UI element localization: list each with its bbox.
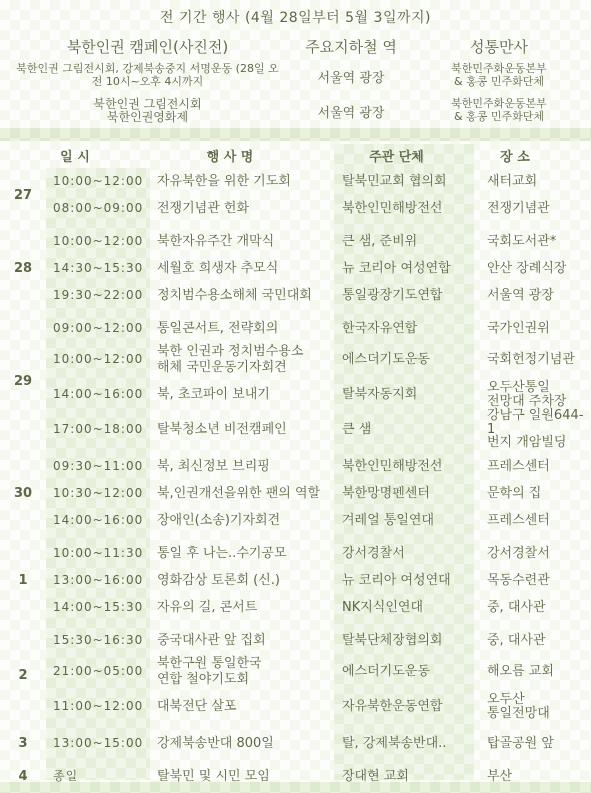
time-cell: 09:00~12:00 (46, 321, 150, 335)
event-name-cell: 북,인권개선을위한 팬의 역할 (150, 486, 334, 502)
event-table: 일 시 행 사 명 주관 단체 장 소 2710:00~12:00자유북한을 위… (0, 146, 591, 793)
location-cell: 서울역 광장 (474, 289, 591, 303)
organizer-cell: 큰 샘 (334, 422, 474, 438)
partner-org-cell: 북한민주화운동본부 & 홍콩 민주화단체 (407, 98, 591, 124)
location-cell: 새터교회 (474, 175, 591, 189)
location-cell: 오두산통일 전망대 주차장 (474, 381, 591, 408)
event-name-cell: 북한자유주간 개막식 (150, 234, 334, 250)
organizer-cell: 북한인민해방전선 (334, 459, 474, 475)
event-name-cell: 중국대사관 앞 집회 (150, 633, 334, 649)
time-cell: 11:00~12:00 (46, 699, 150, 713)
organizer-cell: 탈북자동지회 (334, 387, 474, 403)
table-row: 11:00~12:00대북전단 살포자유북한운동연합오두산 통일전망대 (46, 689, 591, 724)
seongtong-mansa-header: 성통만사 (407, 36, 591, 57)
date-label: 3 (0, 730, 46, 757)
event-name-cell: 대북전단 살포 (150, 699, 334, 715)
subway-station-header: 주요지하철 역 (295, 36, 407, 57)
organizer-cell: 북한망명펜센터 (334, 486, 474, 502)
time-cell: 14:30~15:30 (46, 261, 150, 275)
table-row: 10:30~12:00북,인권개선을위한 팬의 역할북한망명펜센터문학의 집 (46, 480, 591, 507)
campaign-event-cell: 북한인권 그림전시회 북한인권영화제 (0, 98, 295, 125)
table-row: 10:00~12:00자유북한을 위한 기도회탈북민교회 협의회새터교회 (46, 168, 591, 195)
divider-bar (0, 128, 591, 141)
time-cell: 17:00~18:00 (46, 422, 150, 436)
table-row: 10:00~12:00북한자유주간 개막식큰 샘, 준비위국회도서관* (46, 228, 591, 255)
date-group-rows: 10:00~12:00자유북한을 위한 기도회탈북민교회 협의회새터교회08:0… (46, 168, 591, 222)
organizer-cell: 탈북단체장협의회 (334, 633, 474, 649)
column-header-organizer: 주관 단체 (334, 146, 459, 165)
location-cell: 목동수련관 (474, 574, 591, 588)
event-name-cell: 강제북송반대 800일 (150, 736, 334, 752)
date-label: 28 (0, 228, 46, 309)
location-cell: 안산 장례식장 (474, 262, 591, 276)
location-cell: 중, 대사관 (474, 634, 591, 648)
event-name-cell: 통일콘서트, 전략회의 (150, 321, 334, 337)
time-cell: 14:00~16:00 (46, 513, 150, 527)
date-group-rows: 10:00~12:00북한자유주간 개막식큰 샘, 준비위국회도서관*14:30… (46, 228, 591, 309)
table-row: 14:00~15:30자유의 길, 콘서트NK지식인연대중, 대사관 (46, 594, 591, 621)
location-cell: 국회헌정기념관 (474, 353, 591, 367)
time-cell: 10:30~12:00 (46, 486, 150, 500)
table-row: 14:00~16:00장애인(소송)기자회견겨레얼 통일연대프레스센터 (46, 507, 591, 534)
organizer-cell: 뉴 코리아 여성연대 (334, 573, 474, 589)
time-cell: 10:00~12:00 (46, 234, 150, 248)
organizer-cell: 탈북민교회 협의회 (334, 174, 474, 190)
location-cell: 강남구 일원644-1 번지 개암빌딩 (474, 409, 591, 450)
event-name-cell: 영화감상 토론회 (신.) (150, 573, 334, 589)
location-cell: 탑골공원 앞 (474, 737, 591, 751)
table-row: 14:30~15:30세월호 희생자 추모식뉴 코리아 여성연합안산 장례식장 (46, 255, 591, 282)
location-cell: 프레스센터 (474, 460, 591, 474)
date-group-rows: 09:00~12:00통일콘서트, 전략회의한국자유연합국가인권위10:00~1… (46, 315, 591, 447)
top-table-row: 북한인권 그림전시회, 강제북송중지 서명운동 (28일 오 전 10시~오후 … (0, 58, 591, 94)
organizer-cell: 탈, 강제북송반대.. (334, 736, 474, 752)
organizer-cell: NK지식인연대 (334, 600, 474, 616)
event-name-cell: 북한구원 통일한국 연합 철야기도회 (150, 656, 334, 687)
time-cell: 10:00~12:00 (46, 352, 150, 366)
station-cell: 서울역 광장 (295, 102, 407, 121)
time-cell: 14:00~16:00 (46, 387, 150, 401)
organizer-cell: 강서경찰서 (334, 546, 474, 562)
column-header-datetime: 일 시 (40, 146, 110, 165)
table-row: 17:00~18:00탈북청소년 비전캠페인큰 샘강남구 일원644-1 번지 … (46, 412, 591, 447)
time-cell: 14:00~15:30 (46, 600, 150, 614)
column-header-location: 장 소 (460, 146, 570, 165)
campaign-event-cell: 북한인권 그림전시회, 강제북송중지 서명운동 (28일 오 전 10시~오후 … (0, 63, 295, 89)
location-cell: 오두산 통일전망대 (474, 693, 591, 720)
time-cell: 10:00~11:30 (46, 546, 150, 560)
location-cell: 해오름 교회 (474, 665, 591, 679)
campaign-header: 북한인권 캠페인(사진전) (0, 36, 295, 57)
time-cell: 09:30~11:00 (46, 459, 150, 473)
event-name-cell: 정치범수용소해체 국민대회 (150, 288, 334, 304)
date-group-rows: 09:30~11:00북, 최신정보 브리핑북한인민해방전선프레스센터10:30… (46, 453, 591, 534)
location-cell: 중, 대사관 (474, 601, 591, 615)
date-label: 27 (0, 168, 46, 222)
table-body: 2710:00~12:00자유북한을 위한 기도회탈북민교회 협의회새터교회08… (0, 168, 591, 790)
date-group: 2909:00~12:00통일콘서트, 전략회의한국자유연합국가인권위10:00… (0, 315, 591, 447)
date-group: 313:00~15:00강제북송반대 800일탈, 강제북송반대..탑골공원 앞 (0, 730, 591, 757)
time-cell: 15:30~16:30 (46, 633, 150, 647)
location-cell: 강서경찰서 (474, 547, 591, 561)
page: 전 기간 행사 (4월 28일부터 5월 3일까지) 북한인권 캠페인(사진전)… (0, 0, 591, 793)
event-name-cell: 장애인(소송)기자회견 (150, 513, 334, 529)
time-cell: 10:00~12:00 (46, 174, 150, 188)
date-group: 2810:00~12:00북한자유주간 개막식큰 샘, 준비위국회도서관*14:… (0, 228, 591, 309)
table-row: 08:00~09:00전쟁기념관 헌화북한인민해방전선전쟁기념관 (46, 195, 591, 222)
event-name-cell: 자유의 길, 콘서트 (150, 600, 334, 616)
table-row: 13:00~16:00영화감상 토론회 (신.)뉴 코리아 여성연대목동수련관 (46, 567, 591, 594)
time-cell: 19:30~22:00 (46, 288, 150, 302)
time-cell: 13:00~16:00 (46, 573, 150, 587)
date-group: 215:30~16:30중국대사관 앞 집회탈북단체장협의회중, 대사관21:0… (0, 627, 591, 724)
date-label: 2 (0, 627, 46, 724)
organizer-cell: 한국자유연합 (334, 321, 474, 337)
table-row: 13:00~15:00강제북송반대 800일탈, 강제북송반대..탑골공원 앞 (46, 730, 591, 757)
date-group: 3009:30~11:00북, 최신정보 브리핑북한인민해방전선프레스센터10:… (0, 453, 591, 534)
organizer-cell: 북한인민해방전선 (334, 201, 474, 217)
table-row: 15:30~16:30중국대사관 앞 집회탈북단체장협의회중, 대사관 (46, 627, 591, 654)
table-row: 09:00~12:00통일콘서트, 전략회의한국자유연합국가인권위 (46, 315, 591, 342)
organizer-cell: 에스더기도운동 (334, 352, 474, 368)
event-name-cell: 북, 초코파이 보내기 (150, 387, 334, 403)
table-row: 19:30~22:00정치범수용소해체 국민대회통일광장기도연합서울역 광장 (46, 282, 591, 309)
table-row: 14:00~16:00북, 초코파이 보내기탈북자동지회오두산통일 전망대 주차… (46, 377, 591, 412)
time-cell: 13:00~15:00 (46, 736, 150, 750)
time-cell: 21:00~05:00 (46, 664, 150, 678)
station-cell: 서울역 광장 (295, 67, 407, 86)
location-cell: 전쟁기념관 (474, 202, 591, 216)
event-name-cell: 북한 인권과 정치범수용소 해체 국민운동기자회견 (150, 344, 334, 375)
date-group: 110:00~11:30통일 후 나는..수기공모강서경찰서강서경찰서13:00… (0, 540, 591, 621)
organizer-cell: 자유북한운동연합 (334, 699, 474, 715)
bottom-bar (0, 782, 591, 793)
event-name-cell: 자유북한을 위한 기도회 (150, 174, 334, 190)
event-name-cell: 탈북청소년 비전캠페인 (150, 422, 334, 438)
table-header-row: 일 시 행 사 명 주관 단체 장 소 (0, 146, 591, 168)
organizer-cell: 겨레얼 통일연대 (334, 513, 474, 529)
organizer-cell: 통일광장기도연합 (334, 288, 474, 304)
partner-org-cell: 북한민주화운동본부 & 홍콩 민주화단체 (407, 63, 591, 89)
page-title: 전 기간 행사 (4월 28일부터 5월 3일까지) (0, 7, 591, 27)
organizer-cell: 뉴 코리아 여성연합 (334, 261, 474, 277)
event-name-cell: 세월호 희생자 추모식 (150, 261, 334, 277)
table-row: 09:30~11:00북, 최신정보 브리핑북한인민해방전선프레스센터 (46, 453, 591, 480)
location-cell: 프레스센터 (474, 514, 591, 528)
location-cell: 국가인권위 (474, 322, 591, 336)
time-cell: 08:00~09:00 (46, 201, 150, 215)
event-name-cell: 북, 최신정보 브리핑 (150, 459, 334, 475)
top-table-header-row: 북한인권 캠페인(사진전) 주요지하철 역 성통만사 (0, 34, 591, 58)
organizer-cell: 에스더기도운동 (334, 664, 474, 680)
event-name-cell: 통일 후 나는..수기공모 (150, 546, 334, 562)
date-group-rows: 15:30~16:30중국대사관 앞 집회탈북단체장협의회중, 대사관21:00… (46, 627, 591, 724)
top-table-row: 북한인권 그림전시회 북한인권영화제 서울역 광장 북한민주화운동본부 & 홍콩… (0, 94, 591, 128)
event-name-cell: 전쟁기념관 헌화 (150, 201, 334, 217)
organizer-cell: 큰 샘, 준비위 (334, 234, 474, 250)
date-label: 30 (0, 453, 46, 534)
column-header-event: 행 사 명 (150, 146, 310, 165)
location-cell: 국회도서관* (474, 235, 591, 249)
table-row: 10:00~11:30통일 후 나는..수기공모강서경찰서강서경찰서 (46, 540, 591, 567)
date-group: 2710:00~12:00자유북한을 위한 기도회탈북민교회 협의회새터교회08… (0, 168, 591, 222)
date-group-rows: 13:00~15:00강제북송반대 800일탈, 강제북송반대..탑골공원 앞 (46, 730, 591, 757)
date-label: 29 (0, 315, 46, 447)
date-label: 1 (0, 540, 46, 621)
table-row: 21:00~05:00북한구원 통일한국 연합 철야기도회에스더기도운동해오름 … (46, 654, 591, 689)
location-cell: 문학의 집 (474, 487, 591, 501)
table-row: 10:00~12:00북한 인권과 정치범수용소 해체 국민운동기자회견에스더기… (46, 342, 591, 377)
date-group-rows: 10:00~11:30통일 후 나는..수기공모강서경찰서강서경찰서13:00~… (46, 540, 591, 621)
